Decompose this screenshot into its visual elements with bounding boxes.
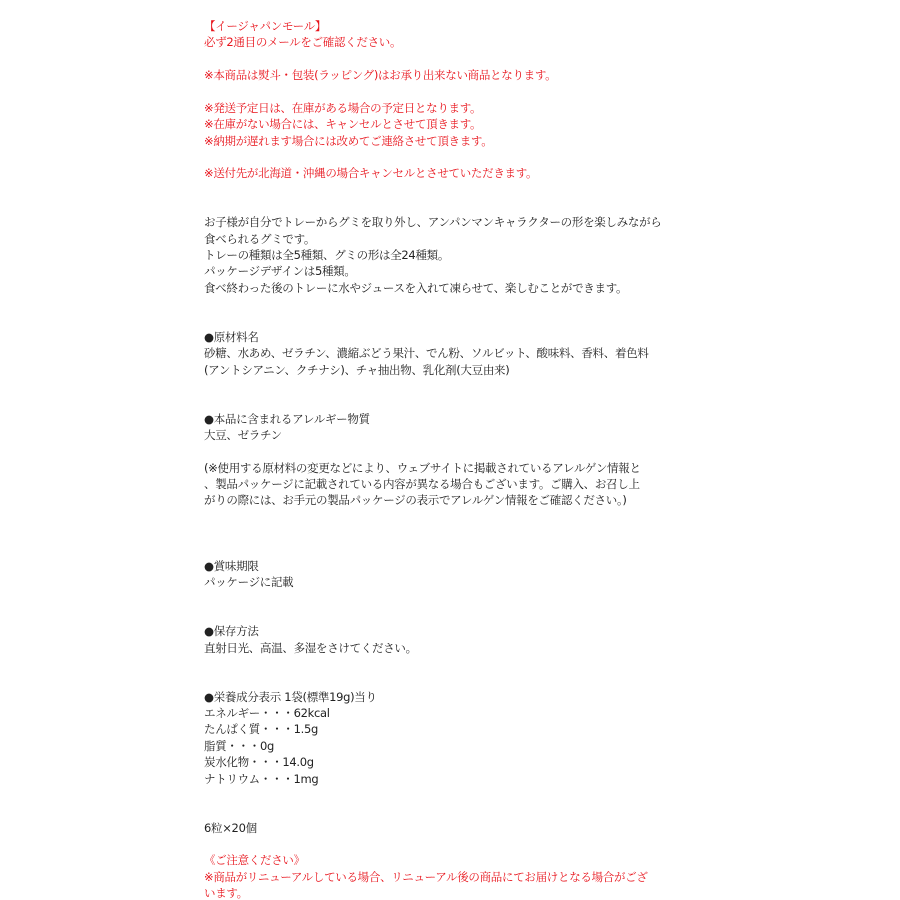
caution-heading: 《ご注意ください》 [204, 852, 674, 868]
shop-name: 【イージャパンモール】 [204, 18, 674, 34]
spacer [204, 51, 674, 67]
allergens-note-line: 、製品パッケージに記載されている内容が異なる場合もございます。ご購入、お召し上 [204, 476, 674, 492]
spacer [204, 509, 674, 525]
storage-value: 直射日光、高温、多湿をさけてください。 [204, 640, 674, 656]
spacer [204, 591, 674, 607]
spacer [204, 787, 674, 803]
spacer [204, 378, 674, 394]
description-line: 食べ終わった後のトレーに水やジュースを入れて凍らせて、楽しむことができます。 [204, 280, 674, 296]
spacer [204, 312, 674, 328]
spacer [204, 83, 674, 99]
delay-note: ※納期が遅れます場合には改めてご連絡させて頂きます。 [204, 133, 674, 149]
shipping-date-note: ※発送予定日は、在庫がある場合の予定日となります。 [204, 100, 674, 116]
best-before-heading: ●賞味期限 [204, 558, 674, 574]
spacer [204, 182, 674, 198]
mail-note: 必ず2通目のメールをご確認ください。 [204, 34, 674, 50]
allergens-note-line: (※使用する原材料の変更などにより、ウェブサイトに掲載されているアレルゲン情報と [204, 460, 674, 476]
ingredients-heading: ●原材料名 [204, 329, 674, 345]
nutrition-row: エネルギー・・・62kcal [204, 705, 674, 721]
region-note: ※送付先が北海道・沖縄の場合キャンセルとさせていただきます。 [204, 165, 674, 181]
spacer [204, 607, 674, 623]
spacer [204, 672, 674, 688]
spacer [204, 542, 674, 558]
caution-line: ※商品がリニューアルしている場合、リニューアル後の商品にてお届けとなる場合がござ [204, 869, 674, 885]
spacer [204, 296, 674, 312]
best-before-value: パッケージに記載 [204, 574, 674, 590]
spacer [204, 525, 674, 541]
nutrition-row: たんぱく質・・・1.5g [204, 721, 674, 737]
allergens-value: 大豆、ゼラチン [204, 427, 674, 443]
spacer [204, 149, 674, 165]
spacer [204, 656, 674, 672]
allergens-note-line: がりの際には、お手元の製品パッケージの表示でアレルゲン情報をご確認ください。) [204, 492, 674, 508]
quantity: 6粒×20個 [204, 820, 674, 836]
nutrition-row: 脂質・・・0g [204, 738, 674, 754]
product-description: 【イージャパンモール】 必ず2通目のメールをご確認ください。 ※本商品は熨斗・包… [204, 18, 674, 900]
no-wrapping-note: ※本商品は熨斗・包装(ラッピング)はお承り出来ない商品となります。 [204, 67, 674, 83]
spacer [204, 836, 674, 852]
description-line: お子様が自分でトレーからグミを取り外し、アンパンマンキャラクターの形を楽しみなが… [204, 214, 674, 230]
ingredients-line: (アントシアニン、クチナシ)、チャ抽出物、乳化剤(大豆由来) [204, 362, 674, 378]
spacer [204, 198, 674, 214]
spacer [204, 803, 674, 819]
nutrition-row: ナトリウム・・・1mg [204, 771, 674, 787]
caution-line: います。 [204, 885, 674, 900]
allergens-heading: ●本品に含まれるアレルギー物質 [204, 411, 674, 427]
spacer [204, 443, 674, 459]
nutrition-row: 炭水化物・・・14.0g [204, 754, 674, 770]
description-line: 食べられるグミです。 [204, 231, 674, 247]
out-of-stock-note: ※在庫がない場合には、キャンセルとさせて頂きます。 [204, 116, 674, 132]
nutrition-heading: ●栄養成分表示 1袋(標準19g)当り [204, 689, 674, 705]
description-line: トレーの種類は全5種類、グミの形は全24種類。 [204, 247, 674, 263]
storage-heading: ●保存方法 [204, 623, 674, 639]
description-line: パッケージデザインは5種類。 [204, 263, 674, 279]
spacer [204, 394, 674, 410]
ingredients-line: 砂糖、水あめ、ゼラチン、濃縮ぶどう果汁、でん粉、ソルビット、酸味料、香料、着色料 [204, 345, 674, 361]
